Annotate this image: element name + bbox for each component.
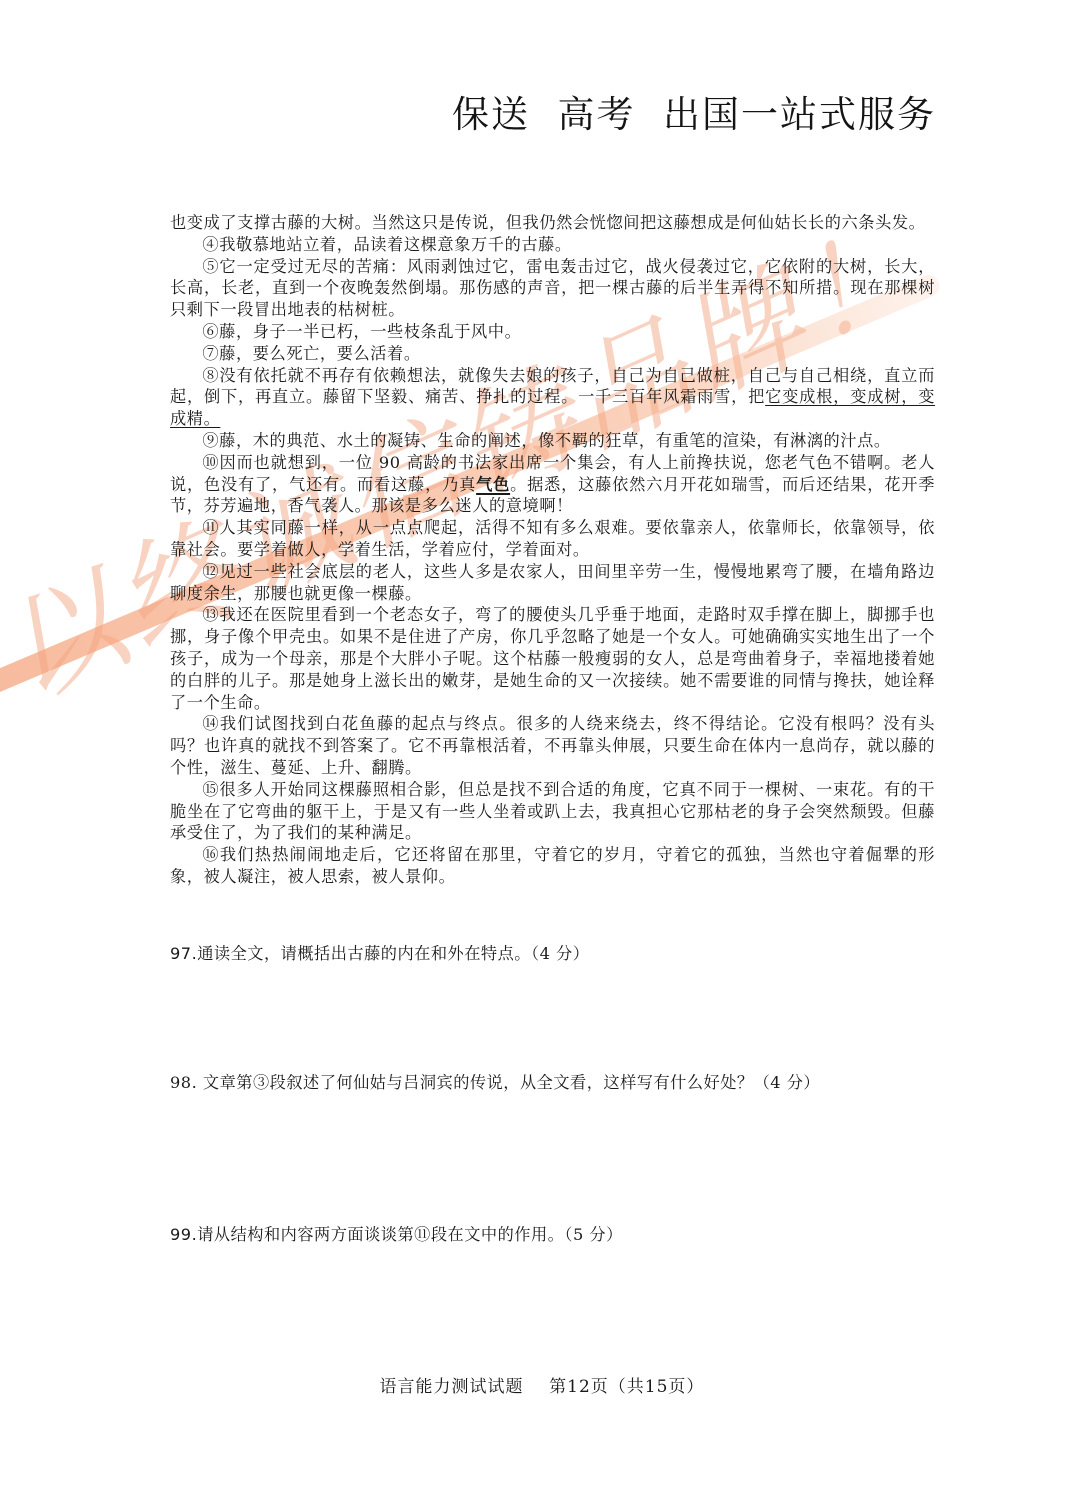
paragraph-4: ④我敬慕地站立着，品读着这棵意象万千的古藤。: [170, 234, 935, 256]
question-97: 97.通读全文，请概括出古藤的内在和外在特点。（4 分）: [170, 940, 589, 964]
paragraph-14: ⑭我们试图找到白花鱼藤的起点与终点。很多的人绕来绕去，终不得结论。它没有根吗？没…: [170, 713, 935, 778]
answer-space-97[interactable]: [170, 968, 935, 1063]
question-number: 99.: [170, 1225, 197, 1244]
question-99: 99.请从结构和内容两方面谈谈第⑪段在文中的作用。（5 分）: [170, 1221, 623, 1245]
paragraph-10: ⑩因而也就想到，一位 90 高龄的书法家出席一个集会，有人上前搀扶说，您老气色不…: [170, 452, 935, 517]
question-text: 请从结构和内容两方面谈谈第⑪段在文中的作用。（5 分）: [197, 1225, 623, 1244]
paragraph-13: ⑬我还在医院里看到一个老态女子，弯了的腰使头几乎垂于地面，走路时双手撑在脚上，脚…: [170, 604, 935, 713]
paragraph-8: ⑧没有依托就不再存有依赖想法，就像失去娘的孩子，自己为自己做桩，自己与自己相绕，…: [170, 365, 935, 430]
paragraph-7: ⑦藤，要么死亡，要么活着。: [170, 343, 935, 365]
header-slogan: 保送 高考 出国一站式服务: [452, 84, 936, 138]
paragraph-15: ⑮很多人开始同这棵藤照相合影，但总是找不到合适的角度，它真不同于一棵树、一束花。…: [170, 779, 935, 844]
answer-space-98[interactable]: [170, 1096, 935, 1214]
question-number: 98.: [170, 1073, 197, 1092]
question-text: 文章第③段叙述了何仙姑与吕洞宾的传说，从全文看，这样写有什么好处？（4 分）: [197, 1073, 820, 1092]
paragraph-6: ⑥藤，身子一半已朽，一些枝条乱于风中。: [170, 321, 935, 343]
question-number: 97.: [170, 944, 197, 963]
paragraph-5: ⑤它一定受过无尽的苦痛：风雨剥蚀过它，雷电轰击过它，战火侵袭过它，它依附的大树，…: [170, 256, 935, 321]
answer-space-99[interactable]: [170, 1248, 935, 1363]
paragraph-3-continuation: 也变成了支撑古藤的大树。当然这只是传说，但我仍然会恍惚间把这藤想成是何仙姑长长的…: [170, 212, 935, 234]
paragraph-11: ⑪人其实同藤一样，从一点点爬起，活得不知有多么艰难。要依靠亲人，依靠师长，依靠领…: [170, 517, 935, 561]
question-98: 98. 文章第③段叙述了何仙姑与吕洞宾的传说，从全文看，这样写有什么好处？（4 …: [170, 1069, 820, 1093]
question-text: 通读全文，请概括出古藤的内在和外在特点。（4 分）: [197, 944, 589, 963]
reading-passage: 也变成了支撑古藤的大树。当然这只是传说，但我仍然会恍惚间把这藤想成是何仙姑长长的…: [170, 212, 935, 888]
paragraph-9: ⑨藤，木的典范、水土的凝铸、生命的阐述，像不羁的狂草，有重笔的渲染，有淋漓的汁点…: [170, 430, 935, 452]
paragraph-12: ⑫见过一些社会底层的老人，这些人多是农家人，田间里辛劳一生，慢慢地累弯了腰，在墙…: [170, 561, 935, 605]
page-footer: 语言能力测试试题 第12页（共15页）: [0, 1372, 1084, 1397]
emphasized-word: 气色: [476, 475, 510, 494]
paragraph-16: ⑯我们热热闹闹地走后，它还将留在那里，守着它的岁月，守着它的孤独，当然也守着倔犟…: [170, 844, 935, 888]
